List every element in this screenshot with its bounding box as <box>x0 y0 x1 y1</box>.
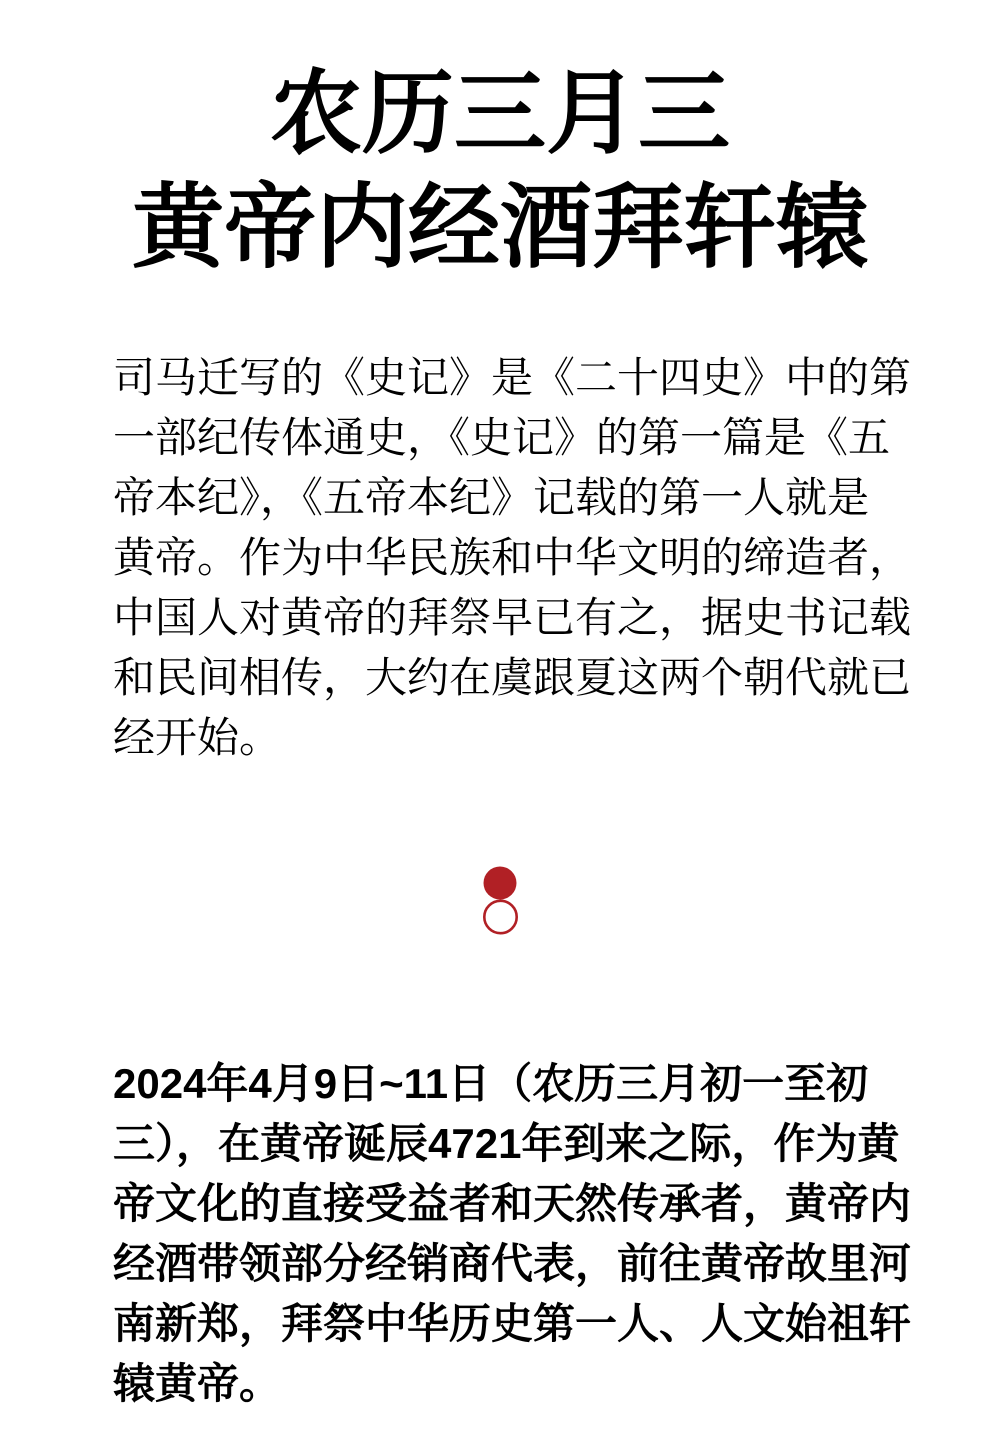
title-line-2: 黄帝内经酒拜轩辕 <box>0 171 1000 285</box>
filled-circle-icon <box>484 867 517 900</box>
title-line-1: 农历三月三 <box>0 57 1000 171</box>
outline-circle-icon <box>484 901 516 933</box>
article-title: 农历三月三 黄帝内经酒拜轩辕 <box>0 57 1000 285</box>
event-paragraph: 2024年4月9日~11日（农历三月初一至初 三），在黄帝诞辰4721年到来之际… <box>113 1054 911 1414</box>
double-circle-ornament-icon <box>480 866 520 938</box>
intro-paragraph: 司马迁写的《史记》是《二十四史》中的第 一部纪传体通史，《史记》的第一篇是《五 … <box>113 348 911 768</box>
article-page: 农历三月三 黄帝内经酒拜轩辕 司马迁写的《史记》是《二十四史》中的第 一部纪传体… <box>0 0 1000 1451</box>
